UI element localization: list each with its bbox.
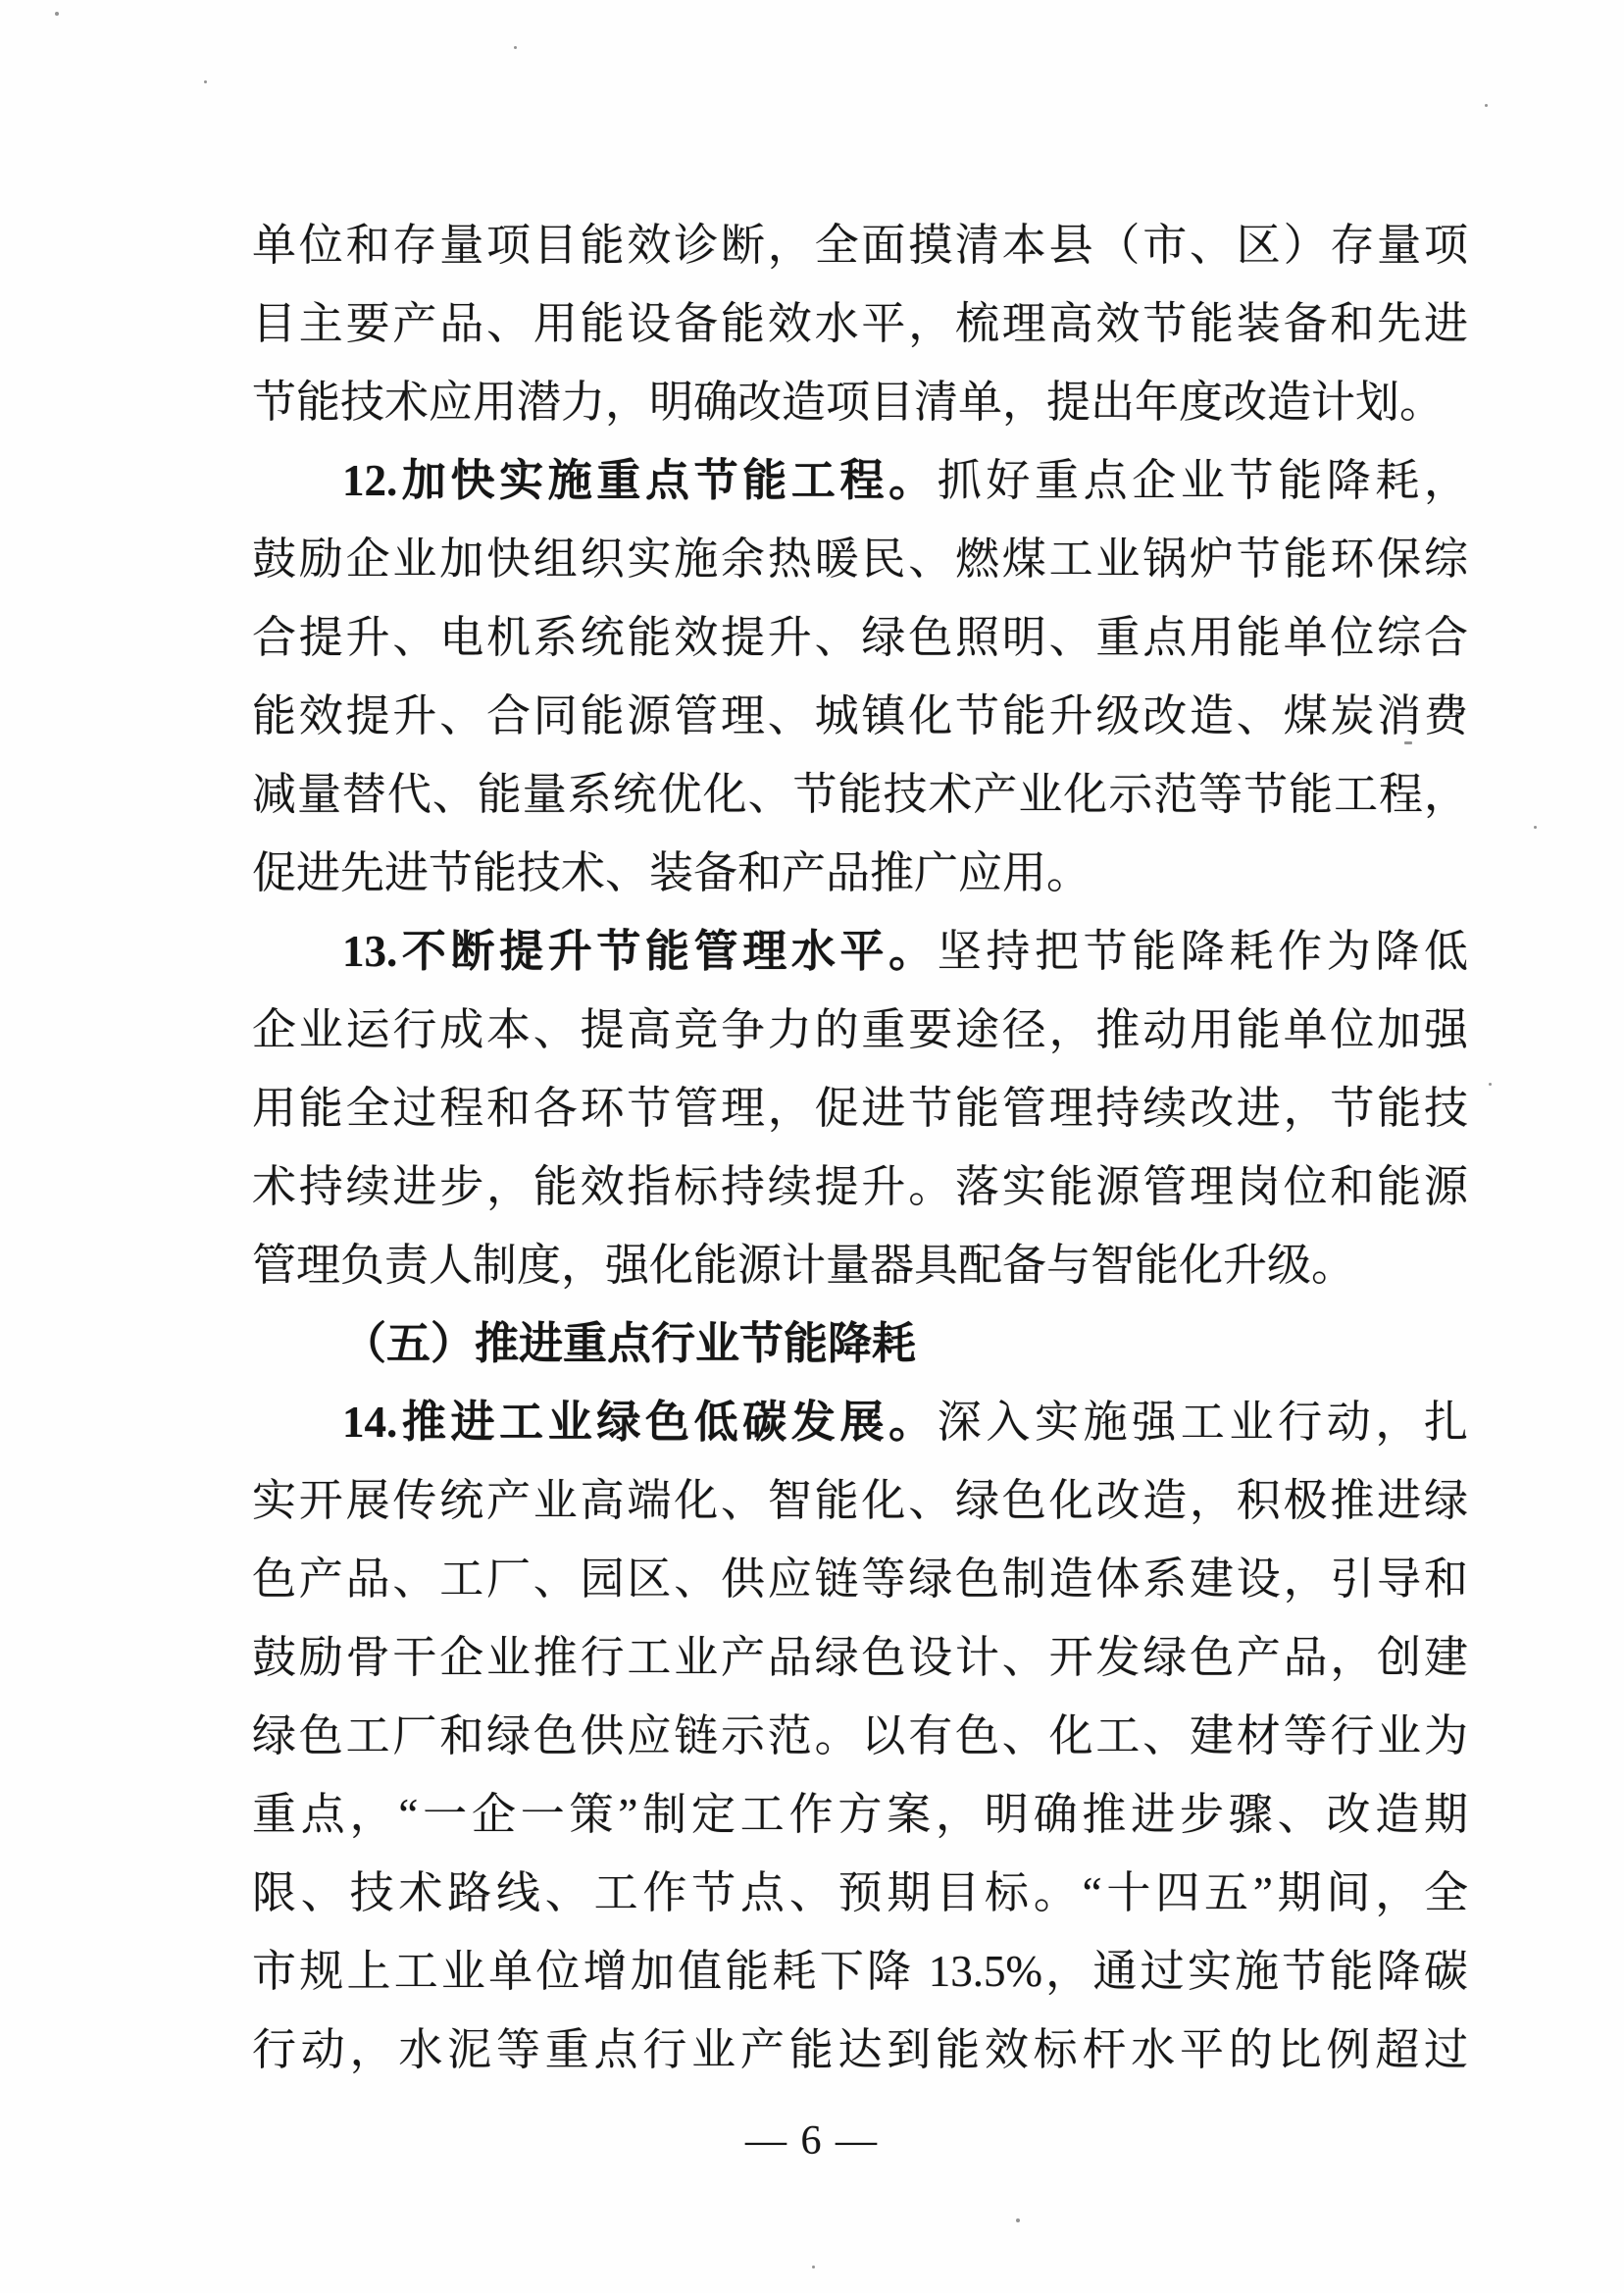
text-segment: 减量替代、能量系统优化、节能技术产业化示范等节能工程， <box>252 770 1468 819</box>
text-line: 管理负责人制度，强化能源计量器具配备与智能化升级。 <box>252 1226 1468 1304</box>
text-segment: 鼓励企业加快组织实施余热暖民、燃煤工业锅炉节能环保综 <box>252 535 1468 584</box>
text-segment: 深入实施强工业行动，扎 <box>938 1398 1468 1447</box>
text-line: 市规上工业单位增加值能耗下降 13.5%，通过实施节能降碳 <box>252 1932 1468 2011</box>
scan-speck <box>1485 104 1488 107</box>
text-line: 13.不断提升节能管理水平。坚持把节能降耗作为降低 <box>252 912 1468 991</box>
scan-speck <box>730 1517 733 1520</box>
scan-speck <box>204 80 207 83</box>
text-line: 重点，“一企一策”制定工作方案，明确推进步骤、改造期 <box>252 1775 1468 1854</box>
text-segment: 限、技术路线、工作节点、预期目标。“十四五”期间，全 <box>252 1868 1468 1917</box>
text-line: 企业运行成本、提高竞争力的重要途径，推动用能单位加强 <box>252 991 1468 1069</box>
text-segment: 能效提升、合同能源管理、城镇化节能升级改造、煤炭消费 <box>252 691 1468 740</box>
text-segment: 管理负责人制度，强化能源计量器具配备与智能化升级。 <box>252 1241 1355 1290</box>
scan-speck <box>812 2266 815 2268</box>
text-line: 限、技术路线、工作节点、预期目标。“十四五”期间，全 <box>252 1854 1468 1932</box>
text-segment: 术持续进步，能效指标持续提升。落实能源管理岗位和能源 <box>252 1162 1468 1211</box>
scan-speck <box>1016 2218 1020 2222</box>
text-line: 鼓励企业加快组织实施余热暖民、燃煤工业锅炉节能环保综 <box>252 520 1468 598</box>
scan-speck <box>55 12 59 16</box>
text-line: 减量替代、能量系统优化、节能技术产业化示范等节能工程， <box>252 755 1468 834</box>
text-segment: 促进先进节能技术、装备和产品推广应用。 <box>252 848 1091 897</box>
bold-text-segment: 14.推进工业绿色低碳发展。 <box>342 1398 938 1447</box>
text-line: 14.推进工业绿色低碳发展。深入实施强工业行动，扎 <box>252 1383 1468 1461</box>
text-line: 目主要产品、用能设备能效水平，梳理高效节能装备和先进 <box>252 284 1468 363</box>
text-line: 行动，水泥等重点行业产能达到能效标杆水平的比例超过 <box>252 2011 1468 2089</box>
section-heading: （五）推进重点行业节能降耗 <box>252 1304 1468 1383</box>
text-line: 用能全过程和各环节管理，促进节能管理持续改进，节能技 <box>252 1069 1468 1147</box>
document-page: 单位和存量项目能效诊断，全面摸清本县（市、区）存量项目主要产品、用能设备能效水平… <box>0 0 1624 2293</box>
text-line: 鼓励骨干企业推行工业产品绿色设计、开发绿色产品，创建 <box>252 1618 1468 1697</box>
text-segment: 实开展传统产业高端化、智能化、绿色化改造，积极推进绿 <box>252 1476 1468 1525</box>
text-segment: 目主要产品、用能设备能效水平，梳理高效节能装备和先进 <box>252 299 1468 348</box>
text-line: 节能技术应用潜力，明确改造项目清单，提出年度改造计划。 <box>252 363 1468 441</box>
text-segment: 行动，水泥等重点行业产能达到能效标杆水平的比例超过 <box>252 2025 1468 2074</box>
text-line: 单位和存量项目能效诊断，全面摸清本县（市、区）存量项 <box>252 206 1468 284</box>
bold-text-segment: （五）推进重点行业节能降耗 <box>342 1319 916 1368</box>
text-segment: 单位和存量项目能效诊断，全面摸清本县（市、区）存量项 <box>252 221 1468 270</box>
text-segment: 色产品、工厂、园区、供应链等绿色制造体系建设，引导和 <box>252 1554 1468 1604</box>
scan-speck <box>1489 1083 1492 1086</box>
scan-speck <box>514 46 517 49</box>
text-line: 12.加快实施重点节能工程。抓好重点企业节能降耗， <box>252 441 1468 520</box>
page-number: — 6 — <box>0 2109 1624 2173</box>
text-segment: 合提升、电机系统能效提升、绿色照明、重点用能单位综合 <box>252 613 1468 662</box>
scan-speck <box>1534 826 1537 829</box>
text-line: 能效提升、合同能源管理、城镇化节能升级改造、煤炭消费 <box>252 677 1468 755</box>
bold-text-segment: 12.加快实施重点节能工程。 <box>342 456 938 505</box>
text-segment: 抓好重点企业节能降耗， <box>938 456 1468 505</box>
text-segment: 坚持把节能降耗作为降低 <box>938 927 1468 976</box>
document-text: 单位和存量项目能效诊断，全面摸清本县（市、区）存量项目主要产品、用能设备能效水平… <box>252 206 1468 2089</box>
text-line: 术持续进步，能效指标持续提升。落实能源管理岗位和能源 <box>252 1147 1468 1226</box>
text-segment: 用能全过程和各环节管理，促进节能管理持续改进，节能技 <box>252 1084 1468 1133</box>
text-line: 色产品、工厂、园区、供应链等绿色制造体系建设，引导和 <box>252 1540 1468 1618</box>
text-line: 绿色工厂和绿色供应链示范。以有色、化工、建材等行业为 <box>252 1697 1468 1775</box>
text-line: 合提升、电机系统能效提升、绿色照明、重点用能单位综合 <box>252 598 1468 677</box>
text-line: 实开展传统产业高端化、智能化、绿色化改造，积极推进绿 <box>252 1461 1468 1540</box>
scan-speck <box>1404 741 1412 744</box>
text-segment: 市规上工业单位增加值能耗下降 13.5%，通过实施节能降碳 <box>252 1947 1468 1996</box>
text-line: 促进先进节能技术、装备和产品推广应用。 <box>252 834 1468 912</box>
bold-text-segment: 13.不断提升节能管理水平。 <box>342 927 938 976</box>
text-segment: 绿色工厂和绿色供应链示范。以有色、化工、建材等行业为 <box>252 1711 1468 1760</box>
text-segment: 企业运行成本、提高竞争力的重要途径，推动用能单位加强 <box>252 1005 1468 1054</box>
text-segment: 鼓励骨干企业推行工业产品绿色设计、开发绿色产品，创建 <box>252 1633 1468 1682</box>
text-segment: 节能技术应用潜力，明确改造项目清单，提出年度改造计划。 <box>252 378 1444 427</box>
text-segment: 重点，“一企一策”制定工作方案，明确推进步骤、改造期 <box>252 1790 1468 1839</box>
